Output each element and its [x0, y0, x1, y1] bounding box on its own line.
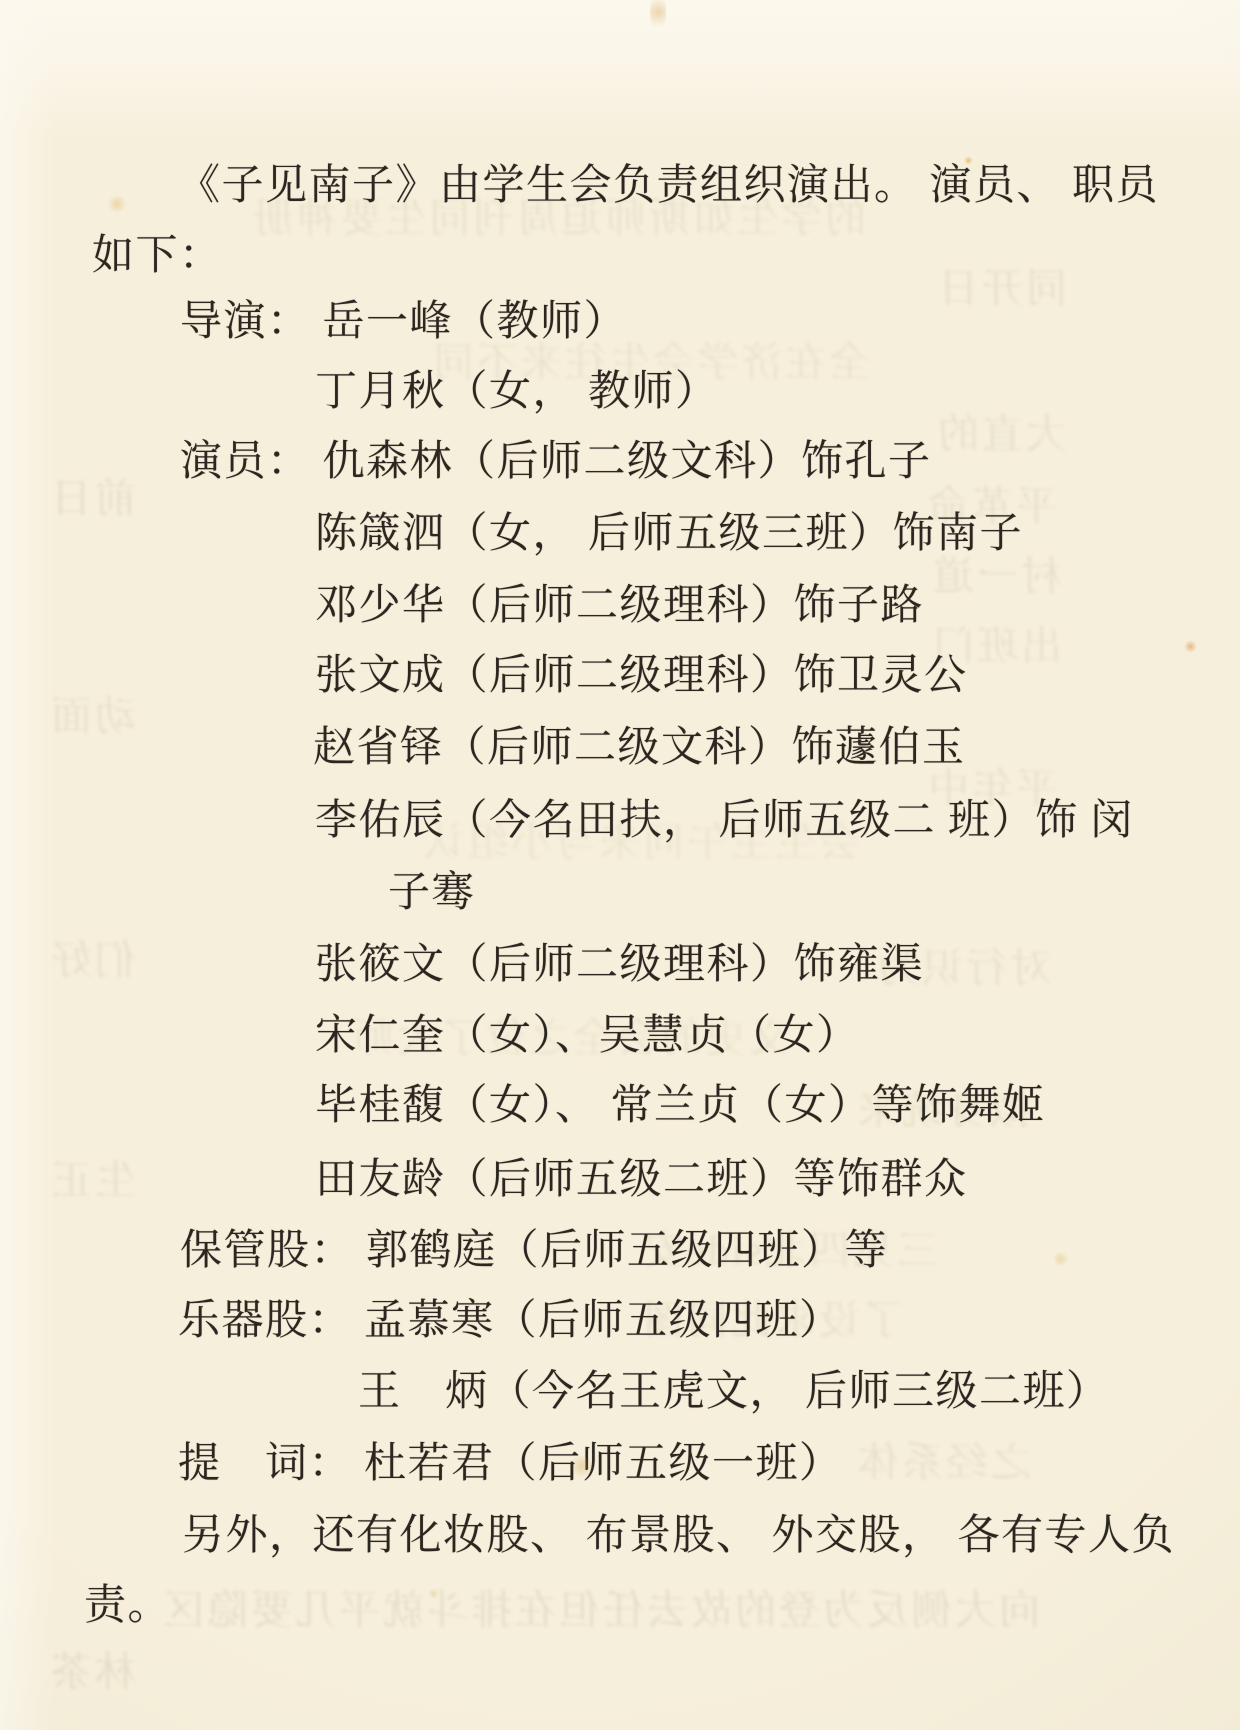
paper-vignette — [0, 0, 1240, 1730]
scanned-book-page: 的学生如斯师迫周刊同生要神册 同开日 全在济学会生往来不同 大直的 前日 平革命… — [0, 0, 1240, 1730]
